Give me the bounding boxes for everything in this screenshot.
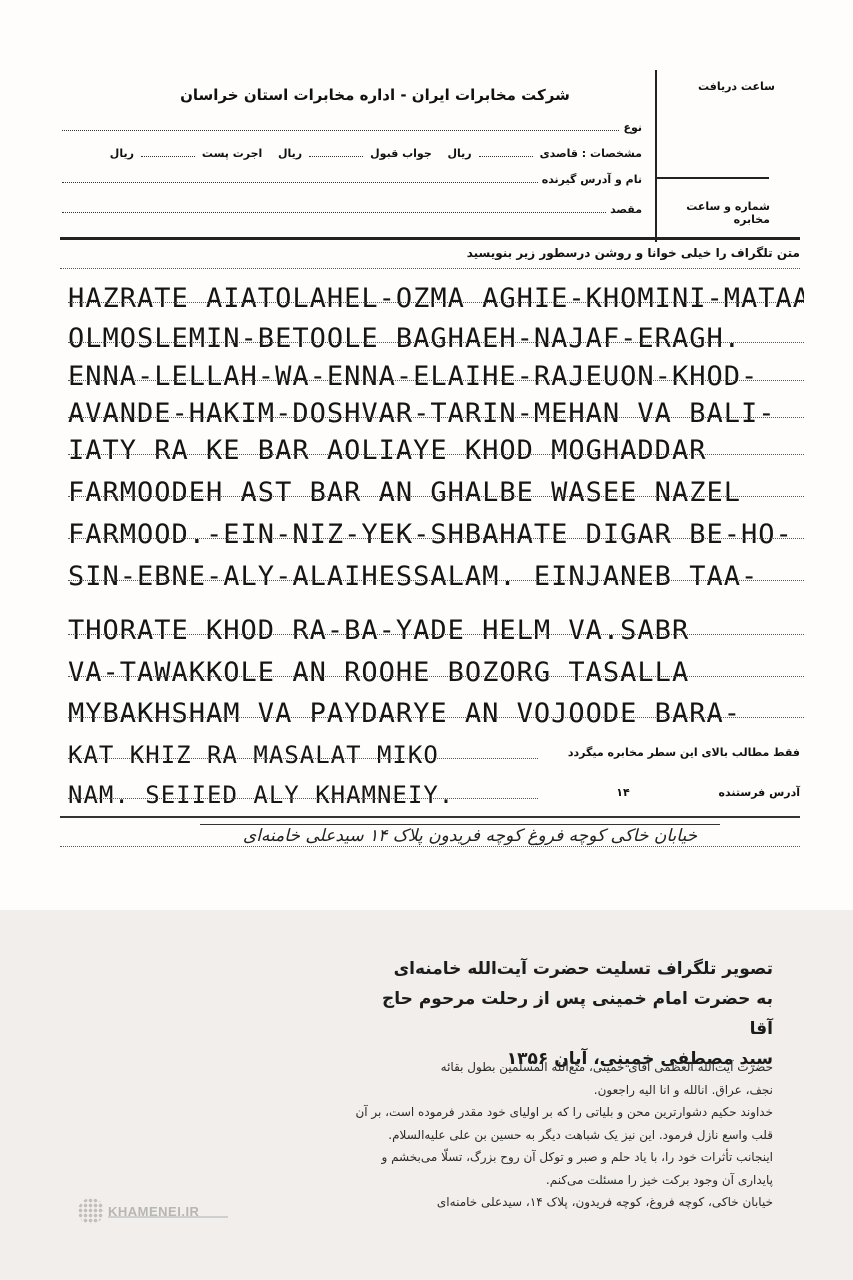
handwritten-line: IATY RA KE BAR AOLIAYE KHOD MOGHADDAR	[68, 434, 804, 468]
header-divider	[60, 237, 800, 240]
caption-title-line: تصویر تلگراف تسلیت حضرت آیت‌الله خامنه‌ا…	[353, 954, 773, 984]
handwritten-line: THORATE KHOD RA-BA-YADE HELM VA.SABR	[68, 614, 804, 648]
specs-dots-1	[479, 146, 533, 157]
logo-dot-pattern-icon	[78, 1198, 104, 1224]
right-box-separator	[657, 177, 769, 179]
handwritten-signature-line: NAM. SEIIED ALY KHAMNEIY.	[68, 778, 538, 812]
handwritten-line: MYBAKHSHAM VA PAYDARYE AN VOJOODE BARA-	[68, 697, 804, 731]
handwritten-line: SIN-EBNE-ALY-ALAIHESSALAM. EINJANEB TAA-	[68, 560, 804, 594]
transmission-number-label: شماره و ساعت مخابره	[660, 200, 770, 226]
transmit-limit-note: فقط مطالب بالای این سطر مخابره میگردد	[540, 746, 800, 759]
ruled-line	[60, 268, 800, 269]
signature-rule	[60, 816, 800, 818]
caption-body-line: نجف، عراق. انالله و انا الیه راجعون.	[253, 1079, 773, 1102]
specs-label: مشخصات : قاصدی	[540, 147, 642, 160]
specs-rial-2: ریال	[278, 147, 302, 160]
caption-body-line: حضرت آیت‌الله العظمی آقای خمینی، متّع‌ال…	[253, 1056, 773, 1079]
specs-dots-2	[309, 146, 363, 157]
type-label: نوع	[623, 121, 642, 134]
receipt-time-label: ساعت دریافت	[665, 80, 775, 93]
caption-body-line: اینجانب تأثرات خود را، با یاد حلم و صبر …	[253, 1146, 773, 1169]
handwritten-line: VA-TAWAKKOLE AN ROOHE BOZORG TASALLA	[68, 656, 804, 690]
recipient-label: نام و آدرس گیرنده	[542, 173, 642, 186]
right-box-divider	[655, 70, 657, 242]
signature-dotted-line	[60, 846, 800, 847]
caption-title-line: به حضرت امام خمینی پس از رحلت مرحوم حاج …	[353, 984, 773, 1044]
postage-label: اجرت پست	[202, 147, 262, 160]
handwritten-line: KAT KHIZ RA MASALAT MIKO	[68, 738, 538, 772]
handwritten-line: HAZRATE AIATOLAHEL-OZMA AGHIE-KHOMINI-MA…	[68, 282, 804, 316]
specs-dots-3	[141, 146, 195, 157]
handwritten-line: AVANDE-HAKIM-DOSHVAR-TARIN-MEHAN VA BALI…	[68, 397, 804, 431]
specs-rial-3: ریال	[110, 147, 134, 160]
recipient-dotted-line	[62, 172, 538, 183]
signature-rule-inner	[200, 824, 720, 825]
caption-body-line: خداوند حکیم دشوارترین محن و بلیاتی را که…	[253, 1101, 773, 1124]
type-dotted-line	[62, 120, 619, 131]
caption-body: حضرت آیت‌الله العظمی آقای خمینی، متّع‌ال…	[253, 1056, 773, 1214]
caption-body-line: قلب واسع نازل فرمود. این نیز یک شباهت دی…	[253, 1124, 773, 1147]
handwritten-line: FARMOOD.-EIN-NIZ-YEK-SHBAHATE DIGAR BE-H…	[68, 518, 804, 552]
destination-label: مقصد	[610, 203, 642, 216]
destination-field: مقصد	[62, 202, 642, 216]
reply-paid-label: جواب قبول	[370, 147, 432, 160]
handwritten-address: خیابان خاکی کوچه فروغ کوچه فریدون پلاک ۱…	[150, 826, 790, 846]
instruction-text: متن تلگراف را خیلی خوانا و روشن درسطور ز…	[360, 246, 800, 260]
destination-dotted-line	[62, 202, 606, 213]
specs-rial-1: ریال	[447, 147, 471, 160]
sender-address-text: آدرس فرستنده	[719, 786, 800, 799]
sender-address-number: ۱۴	[608, 786, 638, 799]
handwritten-line: ENNA-LELLAH-WA-ENNA-ELAIHE-RAJEUON-KHOD-	[68, 360, 804, 394]
telegram-document: شرکت مخابرات ایران - اداره مخابرات استان…	[0, 0, 853, 910]
khamenei-logo: KHAMENEI.IR	[78, 1198, 199, 1224]
logo-subtitle-bar	[108, 1216, 228, 1218]
caption-body-line: پایداری آن وجود برکت خیز را مسئلت می‌کنم…	[253, 1169, 773, 1192]
type-field: نوع	[62, 120, 642, 134]
form-header-title: شرکت مخابرات ایران - اداره مخابرات استان…	[150, 86, 600, 104]
handwritten-line: FARMOODEH AST BAR AN GHALBE WASEE NAZEL	[68, 476, 804, 510]
handwritten-line: OLMOSLEMIN-BETOOLE BAGHAEH-NAJAF-ERAGH.	[68, 322, 804, 356]
caption-body-line: خیابان خاکی، کوچه فروغ، کوچه فریدون، پلا…	[253, 1191, 773, 1214]
specs-field: مشخصات : قاصدی ریال جواب قبول ریال اجرت …	[62, 146, 642, 160]
sender-address-label: آدرس فرستنده	[640, 786, 800, 799]
recipient-field: نام و آدرس گیرنده	[62, 172, 642, 186]
